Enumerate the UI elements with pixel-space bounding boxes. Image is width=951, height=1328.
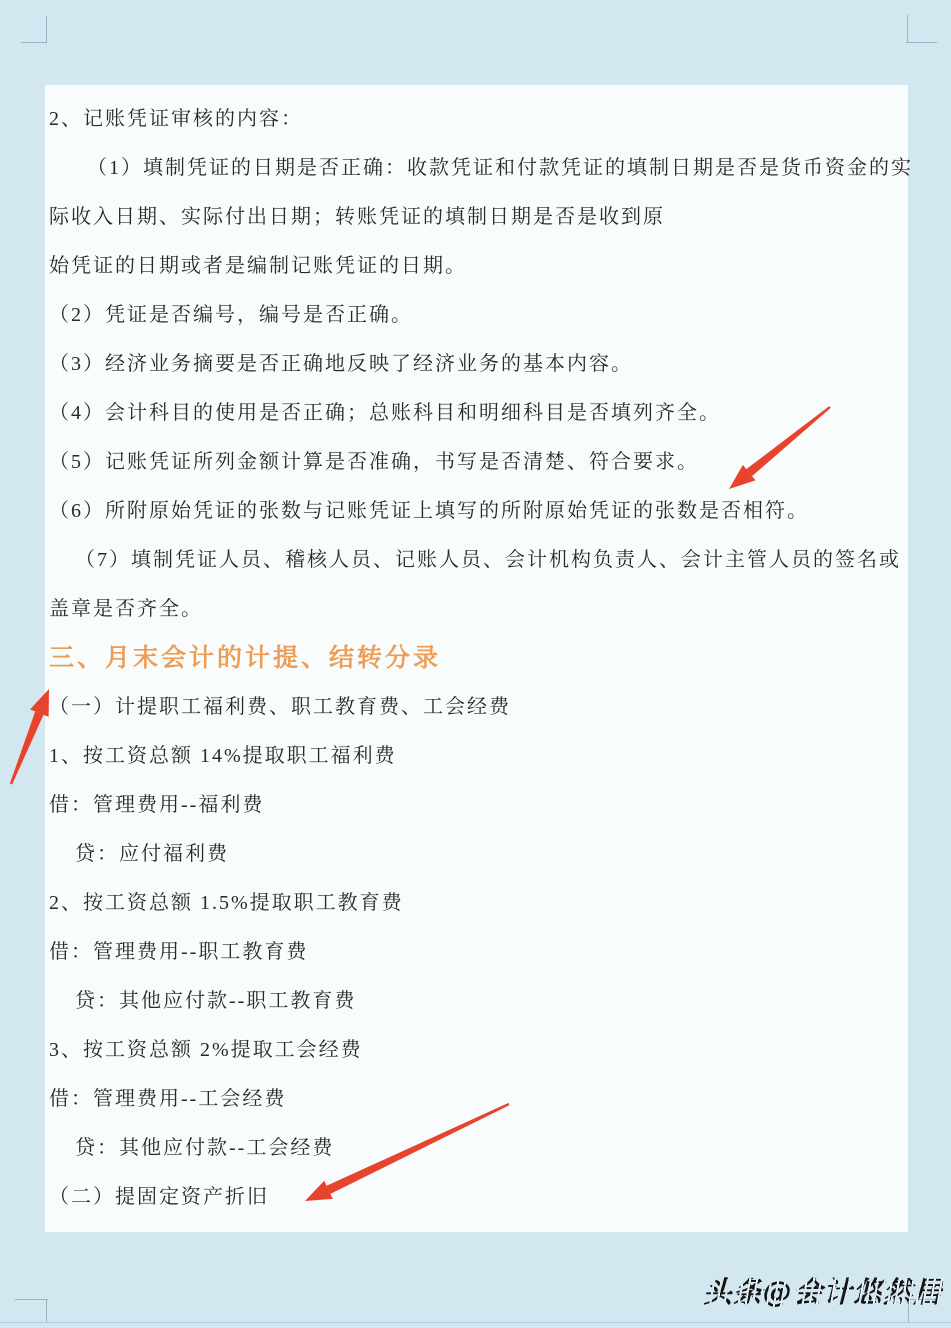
document-line: （一）计提职工福利费、职工教育费、工会经费 [49,683,908,732]
document-line: 贷：其他应付款--职工教育费 [49,977,908,1026]
document-line: （1）填制凭证的日期是否正确：收款凭证和付款凭证的填制日期是否是货币资金的实 [49,144,908,193]
margin-mark-top-left-horizontal [21,42,47,43]
document-line: 贷：应付福利费 [49,830,908,879]
margin-mark-top-left-vertical [46,16,47,43]
page-background: 2、记账凭证审核的内容：（1）填制凭证的日期是否正确：收款凭证和付款凭证的填制日… [0,0,951,1328]
document-line: 2、记账凭证审核的内容： [49,95,908,144]
section-heading: 三、月末会计的计提、结转分录 [49,634,908,683]
document-line: （7）填制凭证人员、稽核人员、记账人员、会计机构负责人、会计主管人员的签名或 [49,536,908,585]
document-line: （4）会计科目的使用是否正确；总账科目和明细科目是否填列齐全。 [49,389,908,438]
document-line: 1、按工资总额 14%提取职工福利费 [49,732,908,781]
margin-mark-top-right-vertical [907,15,908,43]
document-line: （5）记账凭证所列金额计算是否准确，书写是否清楚、符合要求。 [49,438,908,487]
document-line: （二）提固定资产折旧 [49,1173,908,1222]
document-line: 际收入日期、实际付出日期；转账凭证的填制日期是否是收到原 [49,193,908,242]
document-line: 始凭证的日期或者是编制记账凭证的日期。 [49,242,908,291]
page-bottom-divider [0,1322,951,1323]
document-line: （2）凭证是否编号，编号是否正确。 [49,291,908,340]
document-content-area: 2、记账凭证审核的内容：（1）填制凭证的日期是否正确：收款凭证和付款凭证的填制日… [45,85,908,1232]
annotation-arrow-section3-heading [10,689,49,784]
document-line: 贷：其他应付款--工会经费 [49,1124,908,1173]
document-line: （3）经济业务摘要是否正确地反映了经济业务的基本内容。 [49,340,908,389]
document-line: 借：管理费用--工会经费 [49,1075,908,1124]
margin-mark-top-right-horizontal [906,42,937,43]
margin-mark-bottom-left-vertical [46,1299,47,1323]
margin-mark-bottom-left-horizontal [15,1299,48,1300]
document-line: 3、按工资总额 2%提取工会经费 [49,1026,908,1075]
document-line: （6）所附原始凭证的张数与记账凭证上填写的所附原始凭证的张数是否相符。 [49,487,908,536]
document-line: 借：管理费用--福利费 [49,781,908,830]
document-line: 2、按工资总额 1.5%提取职工教育费 [49,879,908,928]
document-line: 盖章是否齐全。 [49,585,908,634]
watermark-text: 头条@会计悠然居 [703,1270,943,1314]
document-line: 借：管理费用--职工教育费 [49,928,908,977]
